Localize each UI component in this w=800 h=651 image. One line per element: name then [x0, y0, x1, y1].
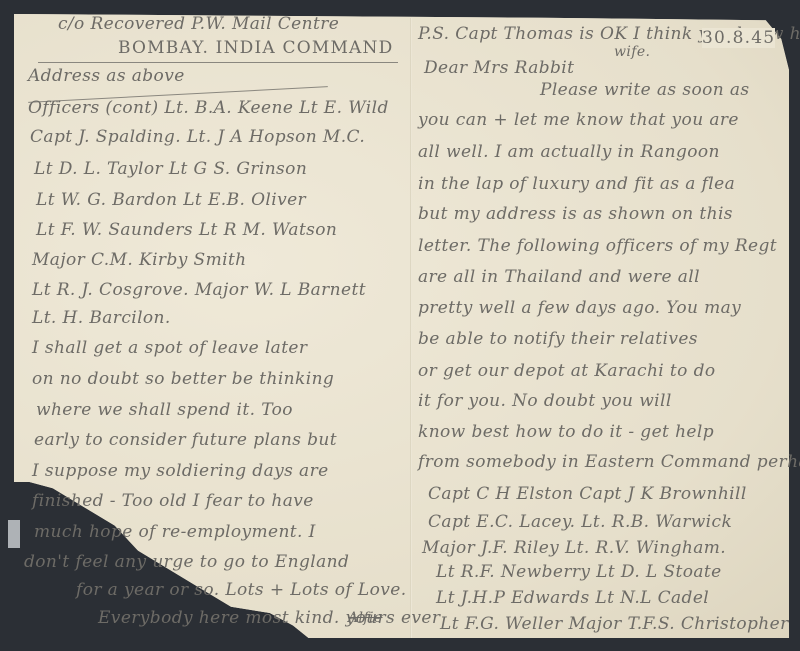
tape-scrap [8, 520, 20, 548]
text-line: where we shall spend it. Too [36, 400, 293, 420]
officer-line: Capt C H Elston Capt J K Brownhill [428, 484, 747, 504]
text-line: Major C.M. Kirby Smith [32, 250, 247, 270]
text-line: early to consider future plans but [34, 430, 337, 450]
text-line: Please write as soon as [540, 80, 750, 100]
text-line: on no doubt so better be thinking [32, 369, 334, 389]
text-line: Lt D. L. Taylor Lt G S. Grinson [34, 159, 307, 179]
text-line: much hope of re-employment. I [34, 522, 316, 542]
officer-line: Lt F.G. Weller Major T.F.S. Christopher [440, 614, 789, 634]
salutation: Dear Mrs Rabbit [424, 58, 574, 78]
page-fold [410, 18, 412, 638]
struck-signature: Alfie [348, 610, 383, 626]
text-line: Officers (cont) Lt. B.A. Keene Lt E. Wil… [28, 98, 389, 118]
text-line: all well. I am actually in Rangoon [418, 142, 720, 162]
postscript-insert: wife. [614, 44, 650, 60]
officer-line: Lt R.F. Newberry Lt D. L Stoate [436, 562, 722, 582]
text-line: pretty well a few days ago. You may [418, 298, 741, 318]
text-line: Lt R. J. Cosgrove. Major W. L Barnett [32, 280, 366, 300]
text-line: I shall get a spot of leave later [32, 338, 307, 358]
text-line: you can + let me know that you are [418, 110, 739, 130]
text-line: from somebody in Eastern Command perhaps [418, 452, 800, 472]
address-underline [38, 62, 398, 63]
text-line: I suppose my soldiering days are [32, 461, 329, 481]
officer-line: Major J.F. Riley Lt. R.V. Wingham. [422, 538, 726, 558]
address-line-1: c/o Recovered P.W. Mail Centre [58, 14, 339, 34]
text-line: in the lap of luxury and fit as a flea [418, 174, 735, 194]
text-line: or get our depot at Karachi to do [418, 361, 716, 381]
officer-line: Lt J.H.P Edwards Lt N.L Cadel [436, 588, 709, 608]
officer-line: Capt E.C. Lacey. Lt. R.B. Warwick [428, 512, 732, 532]
text-line: Lt F. W. Saunders Lt R M. Watson [36, 220, 337, 240]
text-line: for a year or so. Lots + Lots of Love. [76, 580, 407, 600]
text-line: be able to notify their relatives [418, 329, 698, 349]
text-line: finished - Too old I fear to have [32, 491, 314, 511]
text-line: but my address is as shown on this [418, 204, 733, 224]
text-line: don't feel any urge to go to England [24, 552, 349, 572]
text-line: are all in Thailand and were all [418, 267, 700, 287]
text-line: know best how to do it - get help [418, 422, 714, 442]
text-line: Everybody here most kind. yours ever [98, 608, 440, 628]
address-note: Address as above [28, 66, 185, 86]
text-line: Capt J. Spalding. Lt. J A Hopson M.C. [30, 127, 365, 147]
letter-date: 30.8.45 [702, 28, 775, 48]
address-line-2: BOMBAY. INDIA COMMAND [118, 38, 393, 58]
text-line: it for you. No doubt you will [418, 391, 672, 411]
text-line: letter. The following officers of my Reg… [418, 236, 777, 256]
text-line: Lt. H. Barcilon. [32, 308, 171, 328]
text-line: Lt W. G. Bardon Lt E.B. Oliver [36, 190, 306, 210]
